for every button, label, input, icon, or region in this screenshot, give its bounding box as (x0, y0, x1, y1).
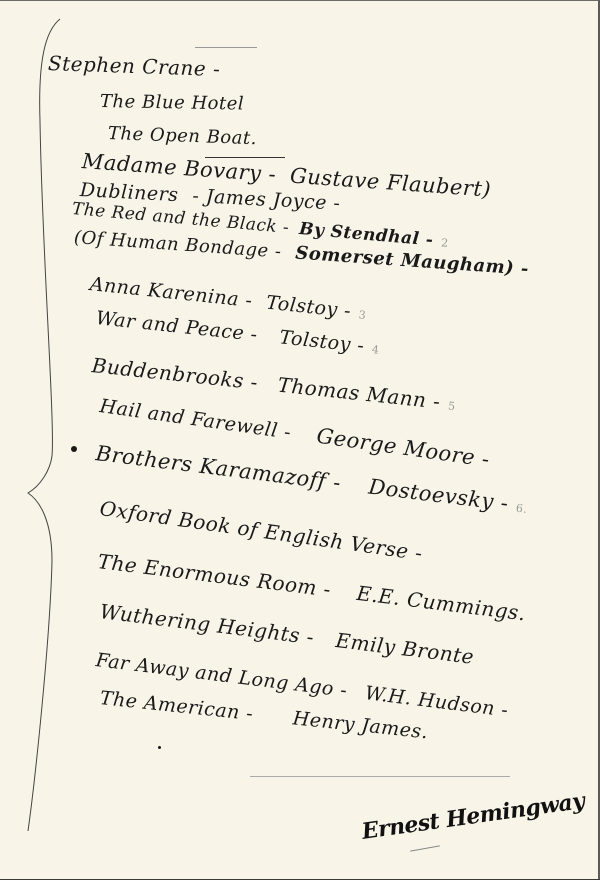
entry-number: 6. (515, 502, 528, 516)
manuscript-page: Stephen Crane - The Blue Hotel The Open … (0, 0, 600, 879)
curly-brace-mark (0, 1, 80, 880)
entry-number: 5 (447, 399, 456, 413)
entry-title: Hail and Farewell - (98, 395, 292, 444)
entry-author: Thomas Mann - (277, 373, 442, 414)
entry-title: Anna Karenina - (89, 273, 254, 312)
entry-author: Dostoevsky - (367, 475, 510, 516)
entry-blue-hotel: The Blue Hotel (100, 91, 244, 115)
entry-title: The American - (99, 687, 254, 725)
decorative-rule (195, 47, 257, 48)
bullet-dot (71, 446, 77, 452)
entry-title: Wuthering Heights - (99, 599, 316, 649)
entry-author: Tolstoy - (265, 292, 352, 323)
entry-author: George Moore - (315, 424, 491, 472)
entry-open-boat: The Open Boat. (108, 123, 258, 149)
entry-author: Tolstoy - (278, 326, 365, 357)
decorative-rule (250, 776, 510, 777)
entry-number: 3 (358, 308, 367, 322)
entry-title: The Open Boat. (108, 123, 258, 149)
entry-author: E.E. Cummings. (355, 581, 527, 626)
ink-dot (158, 746, 161, 749)
entry-title: The Enormous Room - (97, 549, 333, 601)
entry-author: W.H. Hudson - (364, 682, 510, 721)
entry-title: Brothers Karamazoff - (95, 441, 343, 495)
entry-title: Buddenbrooks - (91, 353, 259, 394)
entry-author: Emily Bronte (334, 628, 475, 669)
entry-number: 2 (441, 236, 450, 250)
signature: Ernest Hemingway (360, 788, 586, 845)
entry-author: Henry James. (292, 707, 429, 743)
entry-number: 4 (371, 343, 380, 357)
signature-underline (410, 845, 440, 851)
entry-title: The Blue Hotel (100, 91, 244, 115)
entry-title: War and Peace - (95, 307, 259, 346)
